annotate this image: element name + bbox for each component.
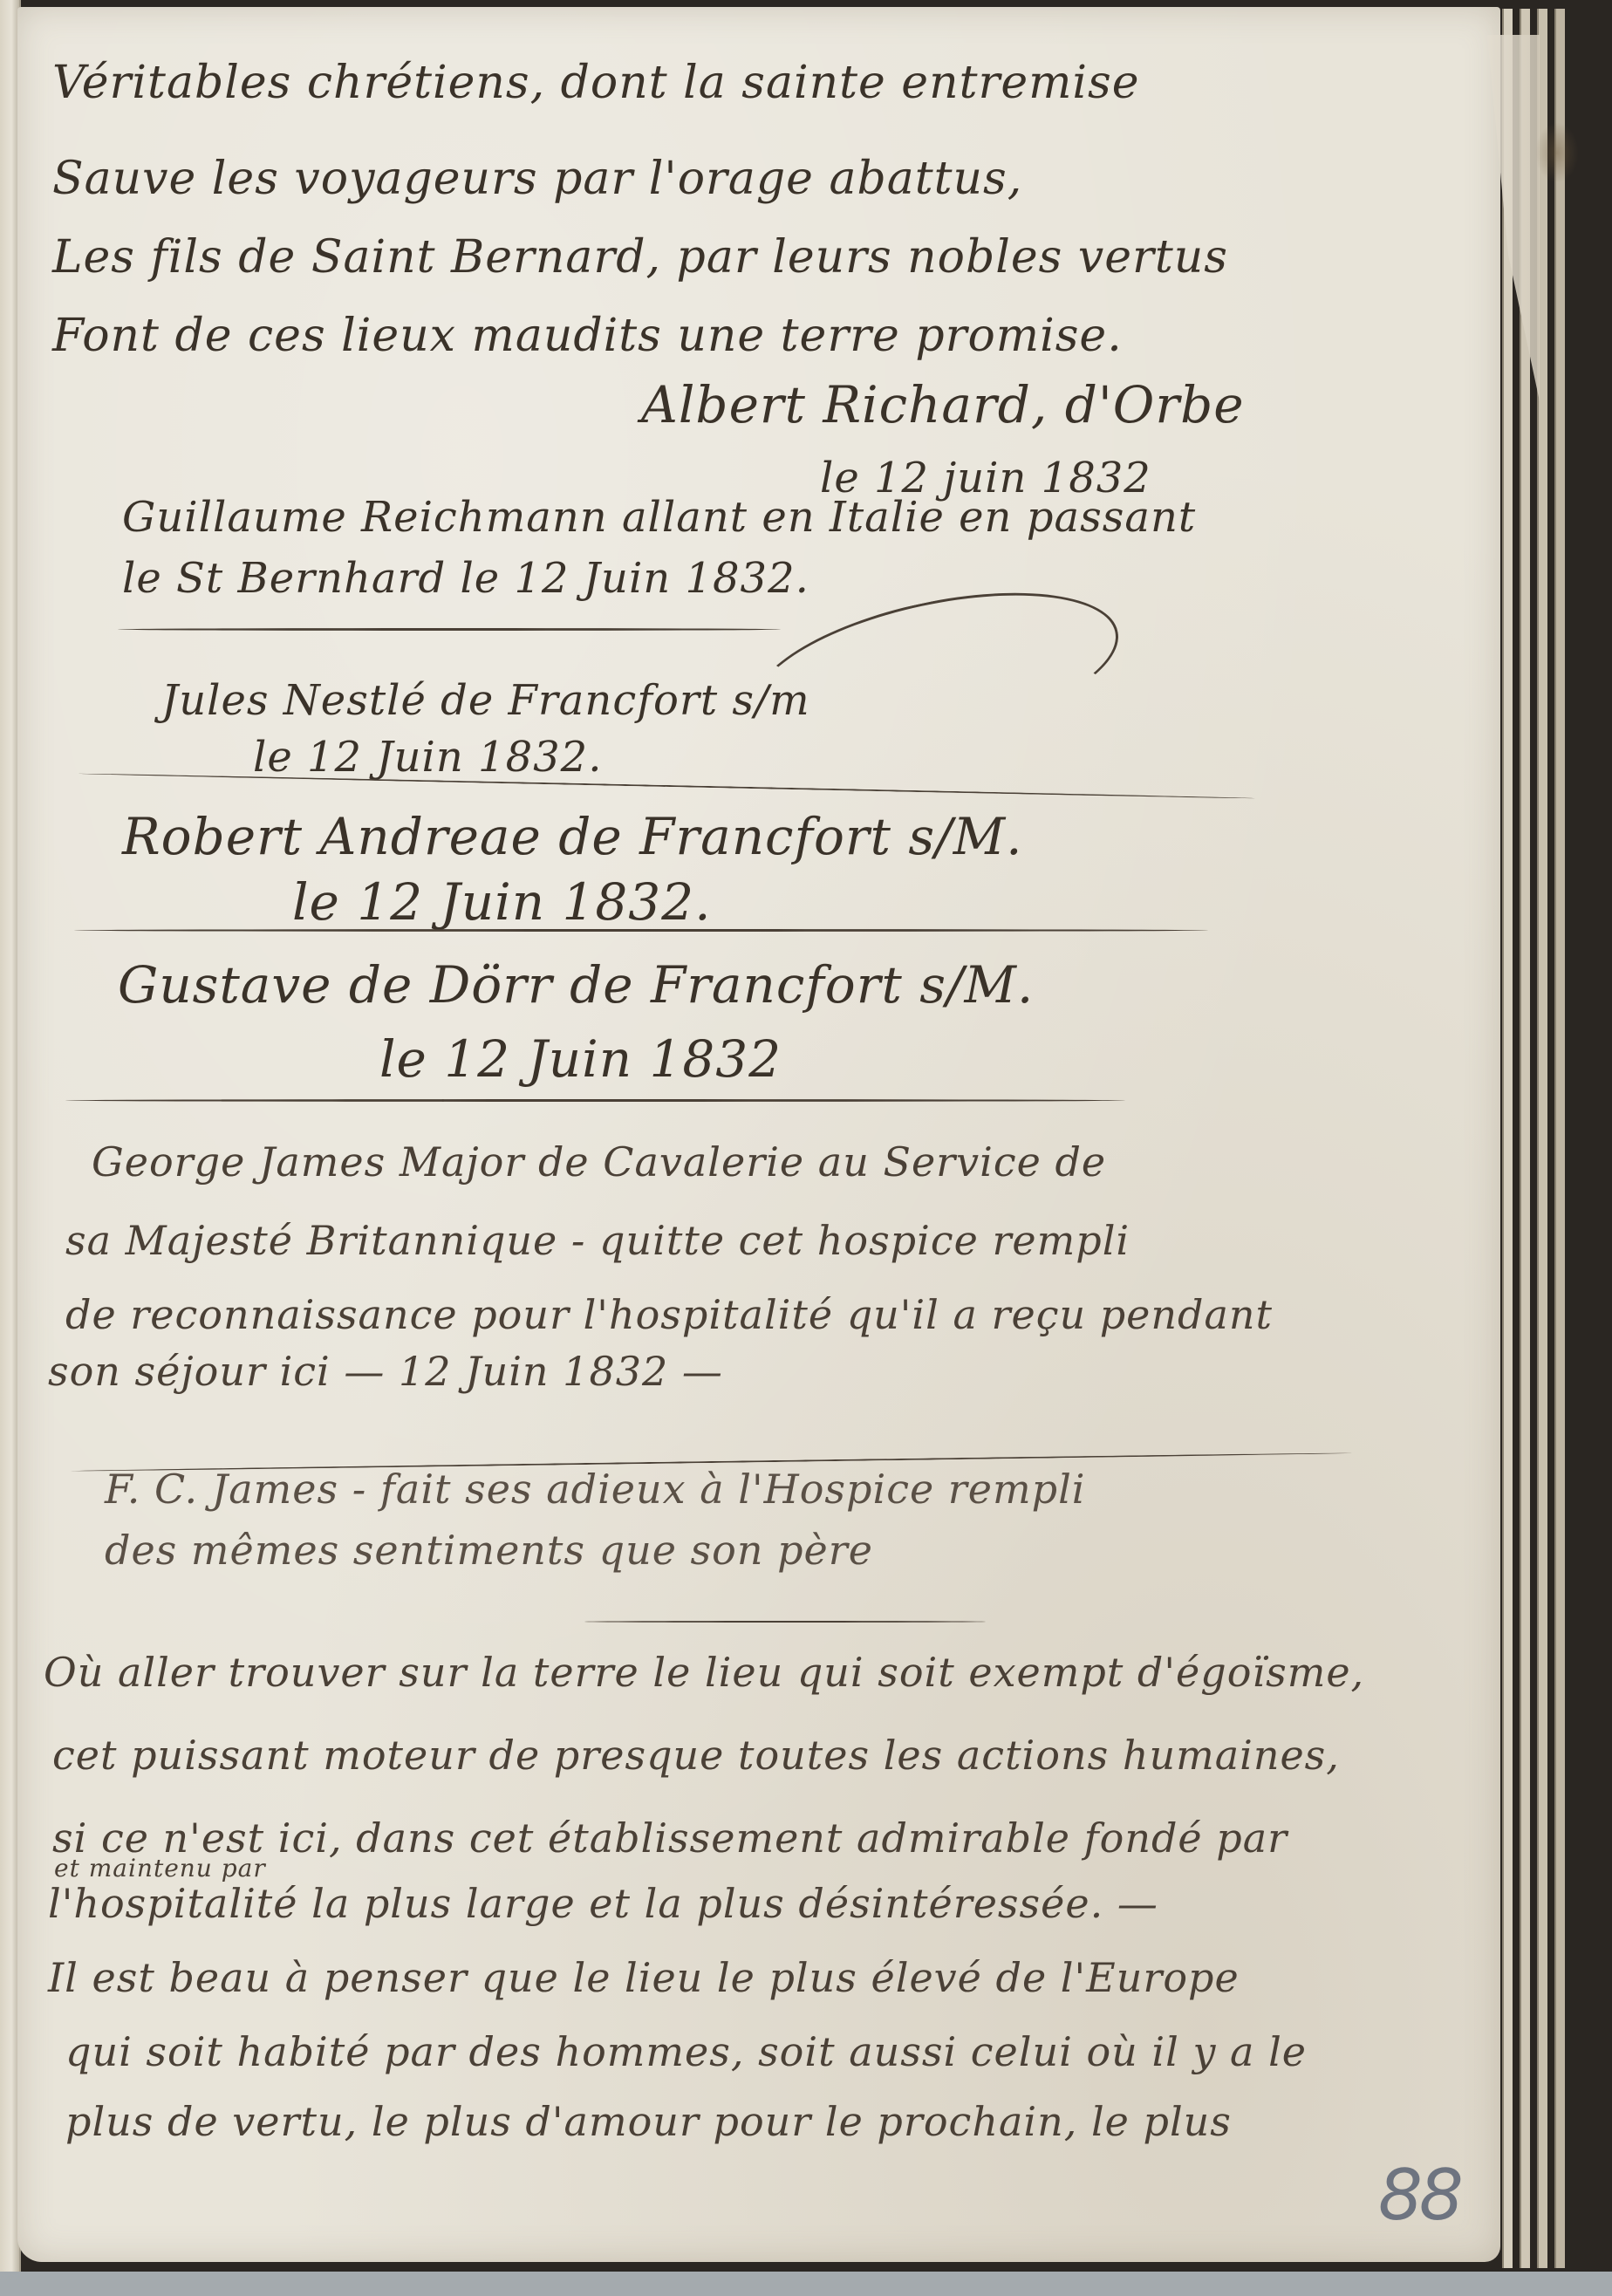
scan-background-strip xyxy=(0,2272,1612,2296)
poem-line: Véritables chrétiens, dont la sainte ent… xyxy=(52,57,1140,109)
entry-line: F. C. James - fait ses adieux à l'Hospic… xyxy=(105,1466,1086,1513)
separator-rule xyxy=(65,1099,1125,1102)
page-number-pencil: 88 xyxy=(1378,2155,1460,2236)
manuscript-scan: Véritables chrétiens, dont la sainte ent… xyxy=(0,0,1612,2296)
entry-line: de reconnaissance pour l'hospitalité qu'… xyxy=(65,1291,1273,1338)
page-stack-edge xyxy=(1502,9,1513,2268)
entry-line: Robert Andreae de Francfort s/M. xyxy=(122,807,1023,866)
entry-line: Gustave de Dörr de Francfort s/M. xyxy=(118,955,1034,1015)
separator-rule xyxy=(118,628,781,631)
entry-line: le 12 Juin 1832. xyxy=(253,733,602,782)
separator-rule xyxy=(74,929,1208,932)
ink-stain xyxy=(1535,122,1579,183)
entry-line: Il est beau à penser que le lieu le plus… xyxy=(48,1954,1240,2001)
entry-line: le 12 Juin 1832 xyxy=(379,1029,782,1089)
page-stack-edge xyxy=(1554,9,1565,2268)
entry-line: Guillaume Reichmann allant en Italie en … xyxy=(122,493,1196,542)
entry-line: plus de vertu, le plus d'amour pour le p… xyxy=(65,2098,1232,2145)
poem-line: Font de ces lieux maudits une terre prom… xyxy=(52,310,1123,362)
entry-line: Où aller trouver sur la terre le lieu qu… xyxy=(44,1649,1364,1696)
entry-line: qui soit habité par des hommes, soit aus… xyxy=(65,2028,1307,2075)
poem-line: Les fils de Saint Bernard, par leurs nob… xyxy=(52,231,1228,284)
entry-line: George James Major de Cavalerie au Servi… xyxy=(92,1138,1106,1186)
entry-line: des mêmes sentiments que son père xyxy=(105,1527,873,1574)
poem-line: Sauve les voyageurs par l'orage abattus, xyxy=(52,153,1022,205)
entry-line: Jules Nestlé de Francfort s/m xyxy=(161,676,810,725)
poem-signature: Albert Richard, d'Orbe xyxy=(641,375,1245,434)
entry-line: le St Bernhard le 12 Juin 1832. xyxy=(122,554,809,603)
entry-line: sa Majesté Britannique - quitte cet hosp… xyxy=(65,1217,1130,1264)
entry-line: cet puissant moteur de presque toutes le… xyxy=(52,1732,1340,1779)
interlinear-insertion: et maintenu par xyxy=(54,1854,266,1883)
entry-line: le 12 Juin 1832. xyxy=(292,872,712,932)
separator-rule xyxy=(584,1621,986,1623)
entry-line: son séjour ici — 12 Juin 1832 — xyxy=(48,1348,723,1395)
entry-line: l'hospitalité la plus large et la plus d… xyxy=(48,1880,1158,1927)
